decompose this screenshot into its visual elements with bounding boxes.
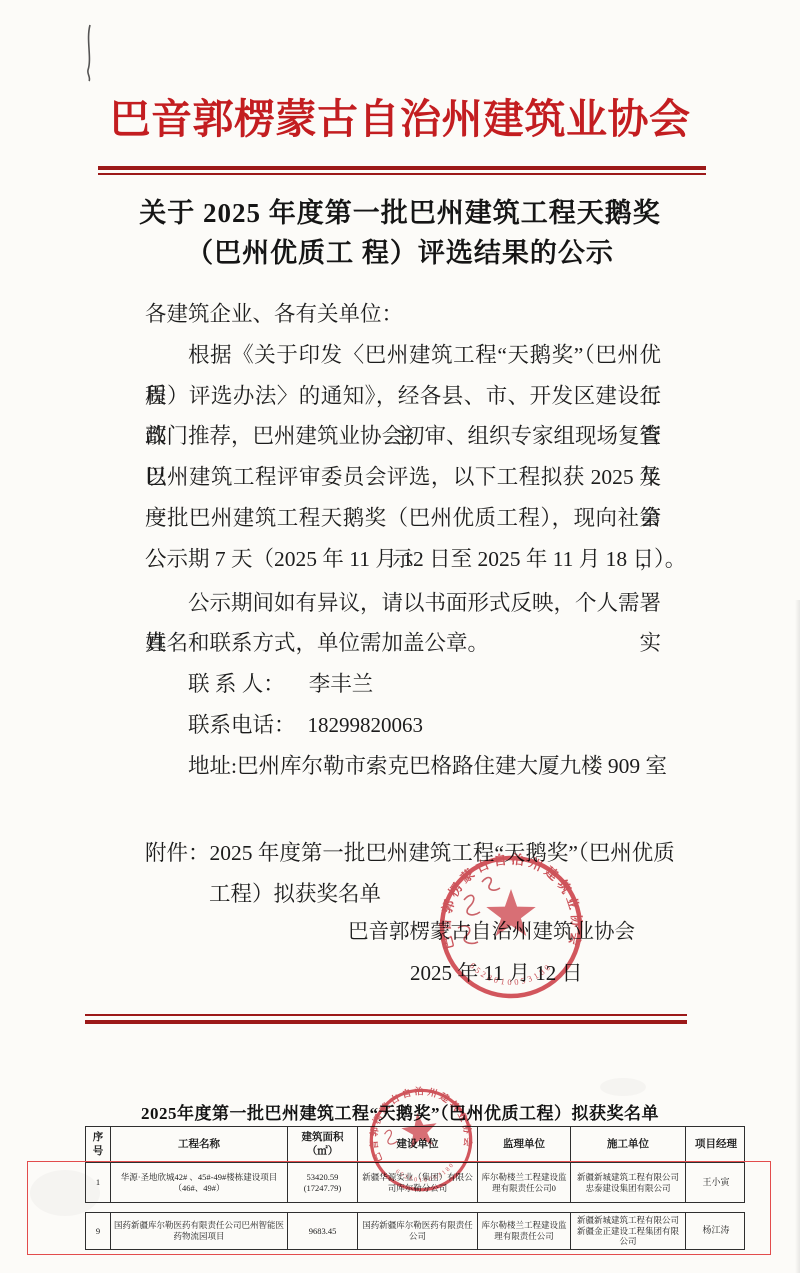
footer-rule-thick <box>85 1020 687 1024</box>
table-cell: 杨江涛 <box>686 1213 746 1249</box>
para1-line: 巴州建筑工程评审委员会评选，以下工程拟获 2025 年度第 <box>145 457 661 498</box>
table-cell: 新疆新城建筑工程有限公司 忠泰建设集团有限公司 <box>571 1163 686 1202</box>
para2-line: 公示期间如有异议，请以书面形式反映，个人需署真实 <box>145 583 661 624</box>
contact-name: 李丰兰 <box>309 672 374 696</box>
para1-line: 公示期 7 天（2025 年 11 月 12 日至 2025 年 11 月 18… <box>145 539 661 580</box>
phone-number: 18299820063 <box>308 713 424 737</box>
table-cell: 库尔勒楼兰工程建设监理有限责任公司 <box>478 1213 571 1249</box>
table-cell: 9683.45 <box>288 1213 358 1249</box>
table-cell: 新疆新城建筑工程有限公司 新疆金正建设工程集团有限公司 <box>571 1213 686 1249</box>
table-cell: 国药新疆库尔勒医药有限责任公司 <box>358 1213 478 1249</box>
phone-label: 联系电话： <box>188 713 296 737</box>
footer-rule-thin <box>85 1014 687 1016</box>
table-cell: 国药新疆库尔勒医药有限责任公司巴州智能医药物流园项目 <box>111 1213 288 1249</box>
header-cell: 建筑面积 （㎡） <box>288 1127 358 1162</box>
doc-title-line-2: （巴州优质工 程）评选结果的公示 <box>0 231 800 270</box>
header-cell: 序 号 <box>86 1127 111 1162</box>
para1-line: 部门推荐，巴州建筑业协会初审、组织专家组现场复查以及 <box>145 416 661 457</box>
scanned-document-page: 巴音郭楞蒙古自治州建筑业协会 关于 2025 年度第一批巴州建筑工程天鹅奖 （巴… <box>0 0 800 1273</box>
awards-table-row: 9 国药新疆库尔勒医药有限责任公司巴州智能医药物流园项目 9683.45 国药新… <box>85 1212 745 1250</box>
contact-label: 联 系 人： <box>188 672 285 696</box>
table-cell: 华源·圣地欣城42# 、45#-49#楼栋建设项目 （46#、49#） <box>111 1163 288 1202</box>
header-cell: 施工单位 <box>571 1127 686 1162</box>
body-text: 各建筑企业、各有关单位： 根据《关于印发〈巴州建筑工程“天鹅奖”（巴州优质工 程… <box>145 294 661 787</box>
letterhead-rule-thin <box>98 173 706 175</box>
scan-noise <box>30 1170 100 1216</box>
table-cell: 新疆华源实业（集团）有限公司库尔勒分公司 <box>358 1163 478 1202</box>
scan-noise <box>600 1078 646 1096</box>
table-cell: 53420.59 (17247.79) <box>288 1163 358 1202</box>
awards-table-header-row: 序 号 工程名称 建筑面积 （㎡） 建设单位 监理单位 施工单位 项目经理 <box>85 1126 745 1163</box>
table-cell: 9 <box>86 1213 111 1249</box>
contact-line: 联 系 人：李丰兰 <box>145 664 661 705</box>
phone-line: 联系电话：18299820063 <box>145 705 661 746</box>
header-cell: 项目经理 <box>686 1127 746 1162</box>
salutation: 各建筑企业、各有关单位： <box>145 294 661 335</box>
address-line: 地址:巴州库尔勒市索克巴格路住建大厦九楼 909 室 <box>145 746 661 787</box>
letterhead-org-title: 巴音郭楞蒙古自治州建筑业协会 <box>0 86 800 145</box>
scan-edge-shadow <box>795 600 800 1273</box>
scan-artifact-mark <box>82 24 98 82</box>
header-cell: 监理单位 <box>478 1127 571 1162</box>
doc-title-line-1: 关于 2025 年度第一批巴州建筑工程天鹅奖 <box>0 191 800 230</box>
awards-table-title: 2025年度第一批巴州建筑工程“天鹅奖”（巴州优质工程）拟获奖名单 <box>0 1099 800 1124</box>
table-cell: 王小寅 <box>686 1163 746 1202</box>
seal-handwriting-mark <box>464 895 480 915</box>
attachment-line-1: 附件：2025 年度第一批巴州建筑工程“天鹅奖”（巴州优质 <box>145 836 675 867</box>
letterhead-rule-thick <box>98 166 706 170</box>
header-cell: 工程名称 <box>111 1127 288 1162</box>
awards-table-row: 1 华源·圣地欣城42# 、45#-49#楼栋建设项目 （46#、49#） 53… <box>85 1162 745 1203</box>
table-cell: 库尔勒楼兰工程建设监理有限责任公司0 <box>478 1163 571 1202</box>
issue-date: 2025 年 11 月 12 日 <box>410 957 582 987</box>
seal-handwriting-mark <box>482 878 500 891</box>
signer-org-name: 巴音郭楞蒙古自治州建筑业协会 <box>348 914 635 944</box>
para1-line: 程）评选办法〉的通知》，经各县、市、开发区建设行政主管 <box>145 376 661 417</box>
attachment-line-2: 工程）拟获奖名单 <box>209 877 381 908</box>
para1-line: 根据《关于印发〈巴州建筑工程“天鹅奖”（巴州优质工 <box>145 335 661 376</box>
header-cell: 建设单位 <box>358 1127 478 1162</box>
para1-line: 一批巴州建筑工程天鹅奖（巴州优质工程），现向社会公示， <box>145 498 661 539</box>
